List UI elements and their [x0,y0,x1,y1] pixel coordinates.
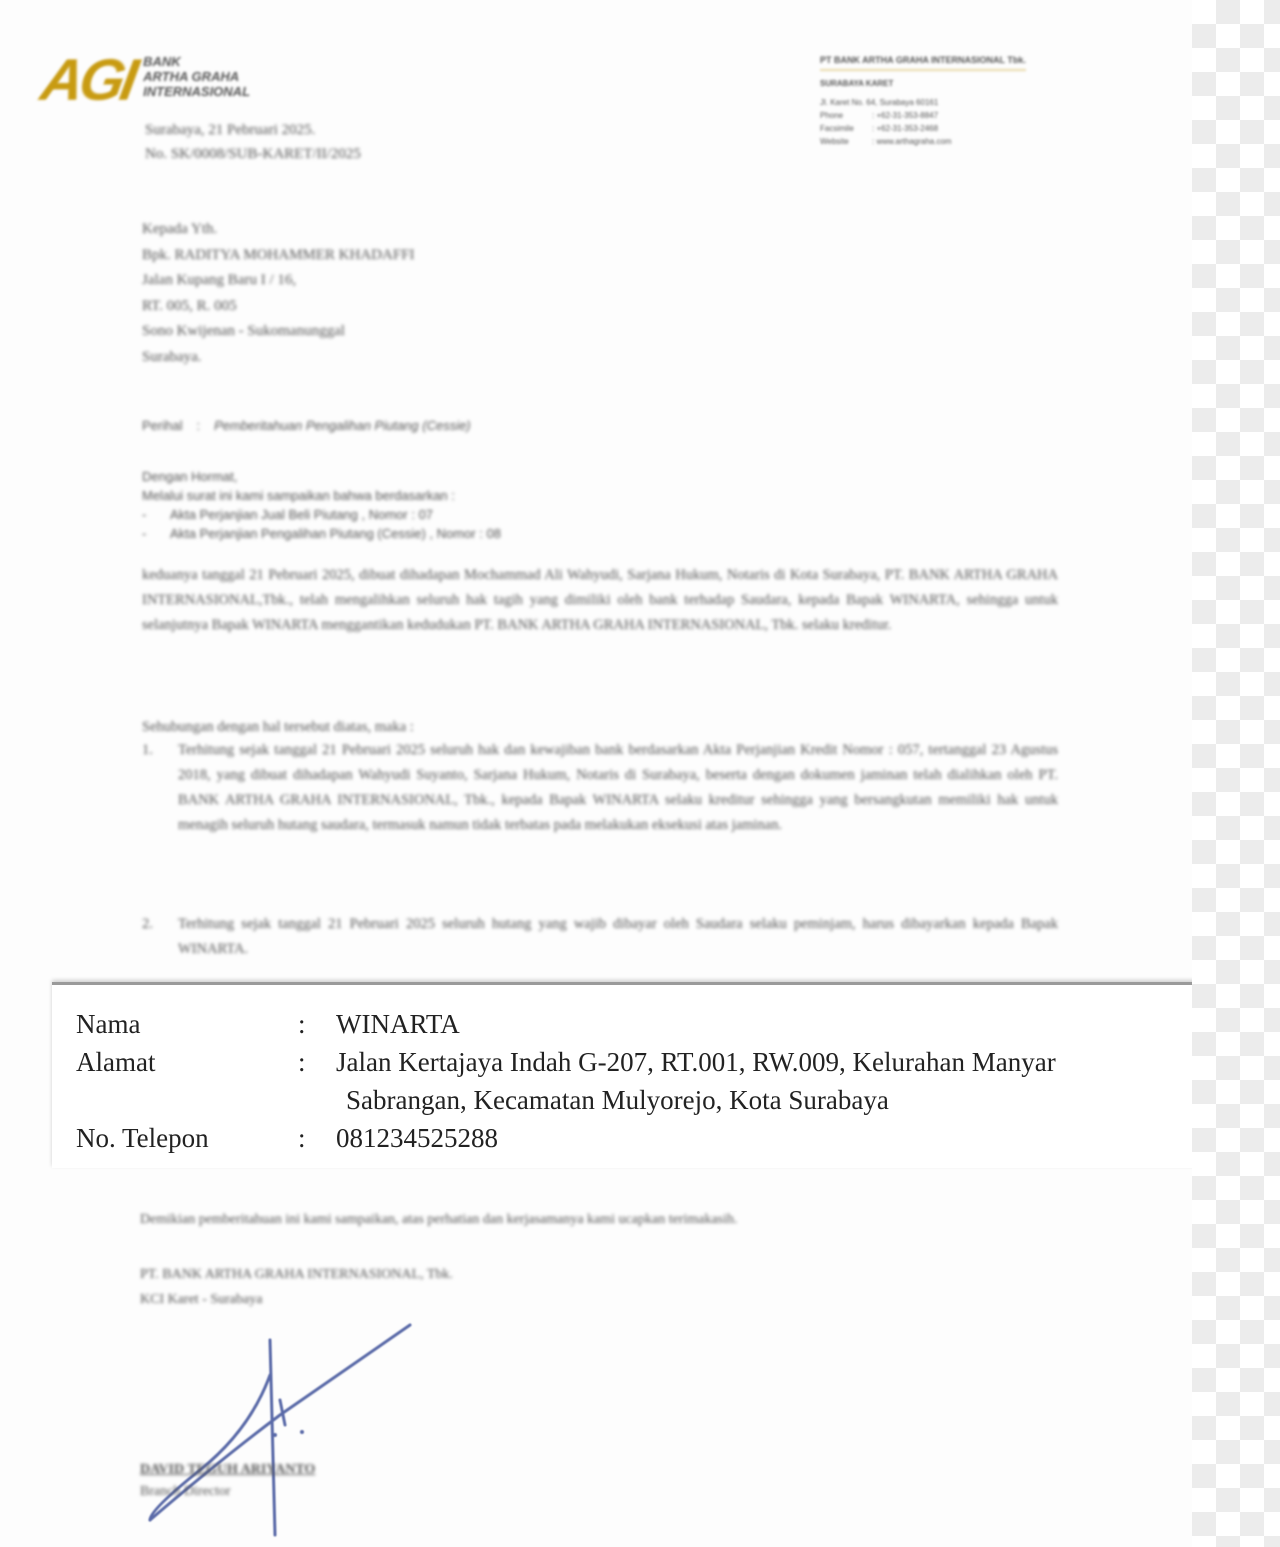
signoff: PT. BANK ARTHA GRAHA INTERNASIONAL, Tbk.… [140,1262,453,1312]
creditor-row-address: Alamat : Jalan Kertajaya Indah G-207, RT… [76,1043,1246,1119]
branch-address: Jl. Karet No. 64, Surabaya 60161 [820,96,1026,109]
body-paragraph-1: keduanya tanggal 21 Pebruari 2025, dibua… [142,563,1058,638]
point-list: 1. Terhitung sejak tanggal 21 Pebruari 2… [142,738,1058,838]
salutation: Dengan Hormat, [142,467,501,486]
letter-page: AGI BANK ARTHA GRAHA INTERNASIONAL Surab… [0,0,1194,1547]
logo-mark: AGI [37,52,138,110]
place-date: Surabaya, 21 Pebruari 2025. [145,118,361,142]
intro: Melalui surat ini kami sampaikan bahwa b… [142,486,501,505]
deed-item: -Akta Perjanjian Pengalihan Piutang (Ces… [142,524,501,543]
body-paragraph-2-intro: Sehubungan dengan hal tersebut diatas, m… [142,715,1058,740]
branch-company: PT BANK ARTHA GRAHA INTERNASIONAL Tbk. [820,54,1026,71]
date-and-number: Surabaya, 21 Pebruari 2025. No. SK/0008/… [145,118,361,166]
subject-value: Pemberitahuan Pengalihan Piutang (Cessie… [214,418,471,433]
point-item: 1. Terhitung sejak tanggal 21 Pebruari 2… [142,738,1058,838]
point-item: 2. Terhitung sejak tanggal 21 Pebruari 2… [142,912,1058,962]
signoff-company: PT. BANK ARTHA GRAHA INTERNASIONAL, Tbk. [140,1262,453,1287]
creditor-table: Nama : WINARTA Alamat : Jalan Kertajaya … [76,1005,1246,1157]
signature-icon [130,1320,430,1540]
branch-info: PT BANK ARTHA GRAHA INTERNASIONAL Tbk. S… [820,54,1026,148]
letter-number: No. SK/0008/SUB-KARET/II/2025 [145,142,361,166]
creditor-row-name: Nama : WINARTA [76,1005,1246,1043]
point-list-2: 2. Terhitung sejak tanggal 21 Pebruari 2… [142,912,1058,962]
branch-fax: Facsimile: +62-31-353-2468 [820,122,1026,135]
signoff-branch: KCI Karet - Surabaya [140,1287,453,1312]
recipient-address: Kepada Yth. Bpk. RADITYA MOHAMMER KHADAF… [142,217,415,370]
branch-office: SURABAYA KARET [820,77,1026,90]
creditor-row-phone: No. Telepon : 081234525288 [76,1119,1246,1157]
branch-phone: Phone: +62-31-353-8847 [820,109,1026,122]
creditor-info-box: Nama : WINARTA Alamat : Jalan Kertajaya … [52,982,1257,1168]
opening: Dengan Hormat, Melalui surat ini kami sa… [142,467,501,543]
closing-text: Demikian pemberitahuan ini kami sampaika… [140,1212,738,1228]
signer-name: DAVID TEGUH ARIYANTO [140,1459,315,1481]
deed-item: -Akta Perjanjian Jual Beli Piutang , Nom… [142,505,501,524]
subject-line: Perihal : Pemberitahuan Pengalihan Piuta… [142,418,471,433]
signer: DAVID TEGUH ARIYANTO Branch Director [140,1459,315,1503]
signer-title: Branch Director [140,1481,315,1503]
bank-logo: AGI BANK ARTHA GRAHA INTERNASIONAL [42,52,250,110]
transparency-background [1192,0,1280,1547]
logo-wordmark: BANK ARTHA GRAHA INTERNASIONAL [143,54,250,99]
branch-website: Website: www.arthagraha.com [820,135,1026,148]
subject-label: Perihal [142,418,182,433]
